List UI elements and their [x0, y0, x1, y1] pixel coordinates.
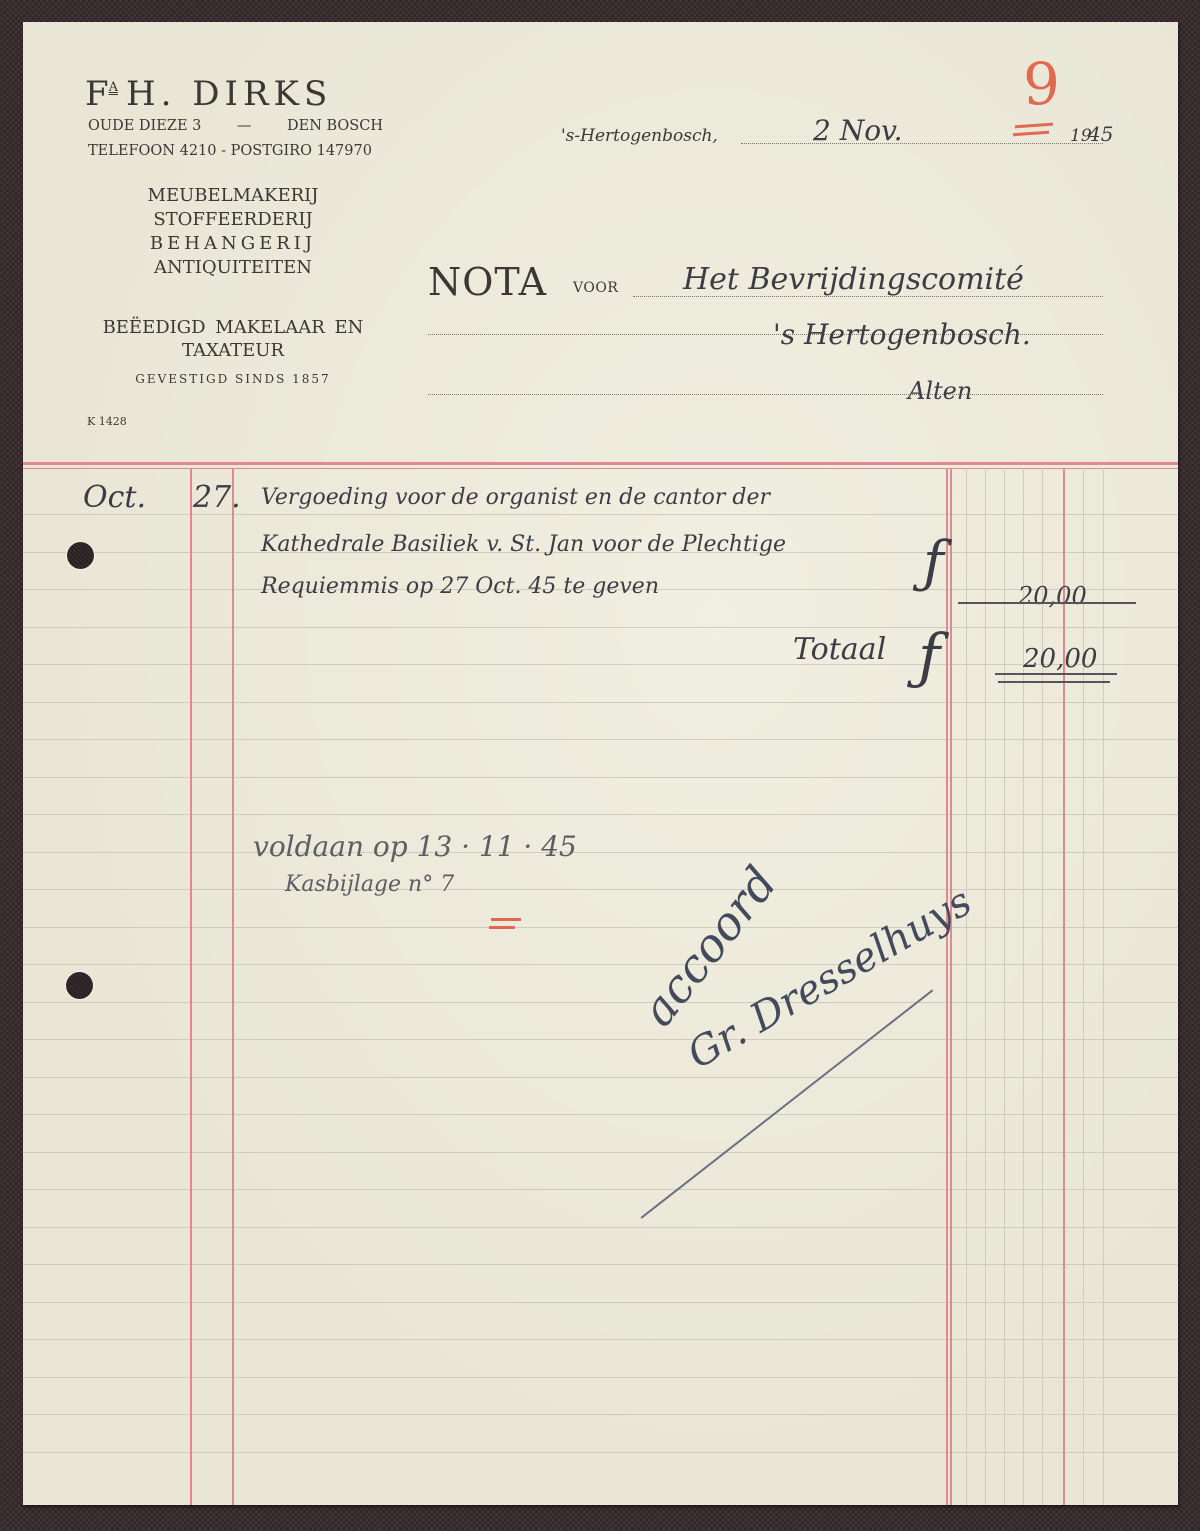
paid-annotation: voldaan op 13 · 11 · 45 — [253, 830, 577, 863]
makelaar-title: BEËEDIGD MAKELAAR EN TAXATEUR — [83, 316, 383, 362]
recipient-line-3 — [428, 394, 1103, 395]
voor-label: VOOR — [573, 280, 618, 296]
guilder-sign: ƒ — [923, 530, 944, 595]
trades-list: MEUBELMAKERIJ STOFFEERDERIJ BEHANGERIJ A… — [83, 184, 383, 280]
subtotal-rule — [958, 602, 1136, 604]
nota-title: NOTA — [428, 260, 547, 304]
entry-description-line: Vergoeding voor de organist en de cantor… — [261, 485, 770, 510]
recipient-name: Het Bevrijdingscomité — [683, 262, 1024, 297]
firm-name: FAH. DIRKS — [85, 74, 385, 114]
address-line: OUDE DIEZE 3 — DEN BOSCH — [88, 118, 383, 134]
invoice-page: FAH. DIRKS OUDE DIEZE 3 — DEN BOSCH TELE… — [23, 22, 1178, 1505]
total-label: Totaal — [793, 632, 886, 667]
makelaar-line-2: TAXATEUR — [83, 339, 383, 362]
date-handwritten: 2 Nov. — [813, 114, 902, 147]
phone-postgiro: TELEFOON 4210 - POSTGIRO 147970 — [88, 143, 372, 159]
trade-item: STOFFEERDERIJ — [83, 208, 383, 232]
recipient-city: 's Hertogenbosch. — [773, 318, 1031, 351]
firm-prefix: F — [85, 74, 109, 114]
form-code: K 1428 — [87, 415, 127, 428]
established-text: GEVESTIGD SINDS 1857 — [83, 372, 383, 386]
punch-hole-top — [67, 542, 94, 569]
firm-prefix-sup: A — [109, 80, 118, 95]
recipient-initials: Alten — [908, 377, 972, 405]
total-amount: 20,00 — [1023, 644, 1097, 674]
guilder-sign: ƒ — [918, 622, 940, 692]
address-dash: — — [237, 118, 252, 134]
date-dotted-line — [741, 143, 1103, 144]
red-underline-2 — [1013, 131, 1049, 137]
address-city: DEN BOSCH — [287, 118, 383, 134]
entry-day: 27. — [193, 480, 241, 515]
trade-item: MEUBELMAKERIJ — [83, 184, 383, 208]
entry-description-line: Kathedrale Basiliek v. St. Jan voor de P… — [261, 532, 786, 557]
table-top-rule — [23, 462, 1178, 465]
entry-amount: 20,00 — [1018, 582, 1087, 610]
receipt-annotation: Kasbijlage n° 7 — [285, 872, 454, 897]
trade-item: ANTIQUITEITEN — [83, 256, 383, 280]
red-underline-receipt-2 — [489, 926, 515, 929]
phone-line: TELEFOON 4210 - POSTGIRO 147970 — [88, 143, 383, 159]
red-underline-receipt-1 — [491, 918, 521, 921]
trade-item: BEHANGERIJ — [83, 232, 383, 256]
address-street: OUDE DIEZE 3 — [88, 118, 201, 134]
total-underline-1 — [995, 673, 1117, 675]
punch-hole-bottom — [66, 972, 93, 999]
year-handwritten: 45 — [1088, 122, 1113, 146]
firm-name-text: H. DIRKS — [126, 74, 332, 114]
entry-description-line: Requiemmis op 27 Oct. 45 te geven — [261, 574, 659, 599]
entry-month: Oct. — [83, 480, 146, 515]
total-underline-2 — [998, 681, 1110, 683]
red-pencil-number: 9 — [1023, 50, 1060, 118]
red-underline-1 — [1015, 123, 1053, 129]
place-label: 's-Hertogenbosch, — [561, 126, 718, 146]
makelaar-line-1: BEËEDIGD MAKELAAR EN — [83, 316, 383, 339]
